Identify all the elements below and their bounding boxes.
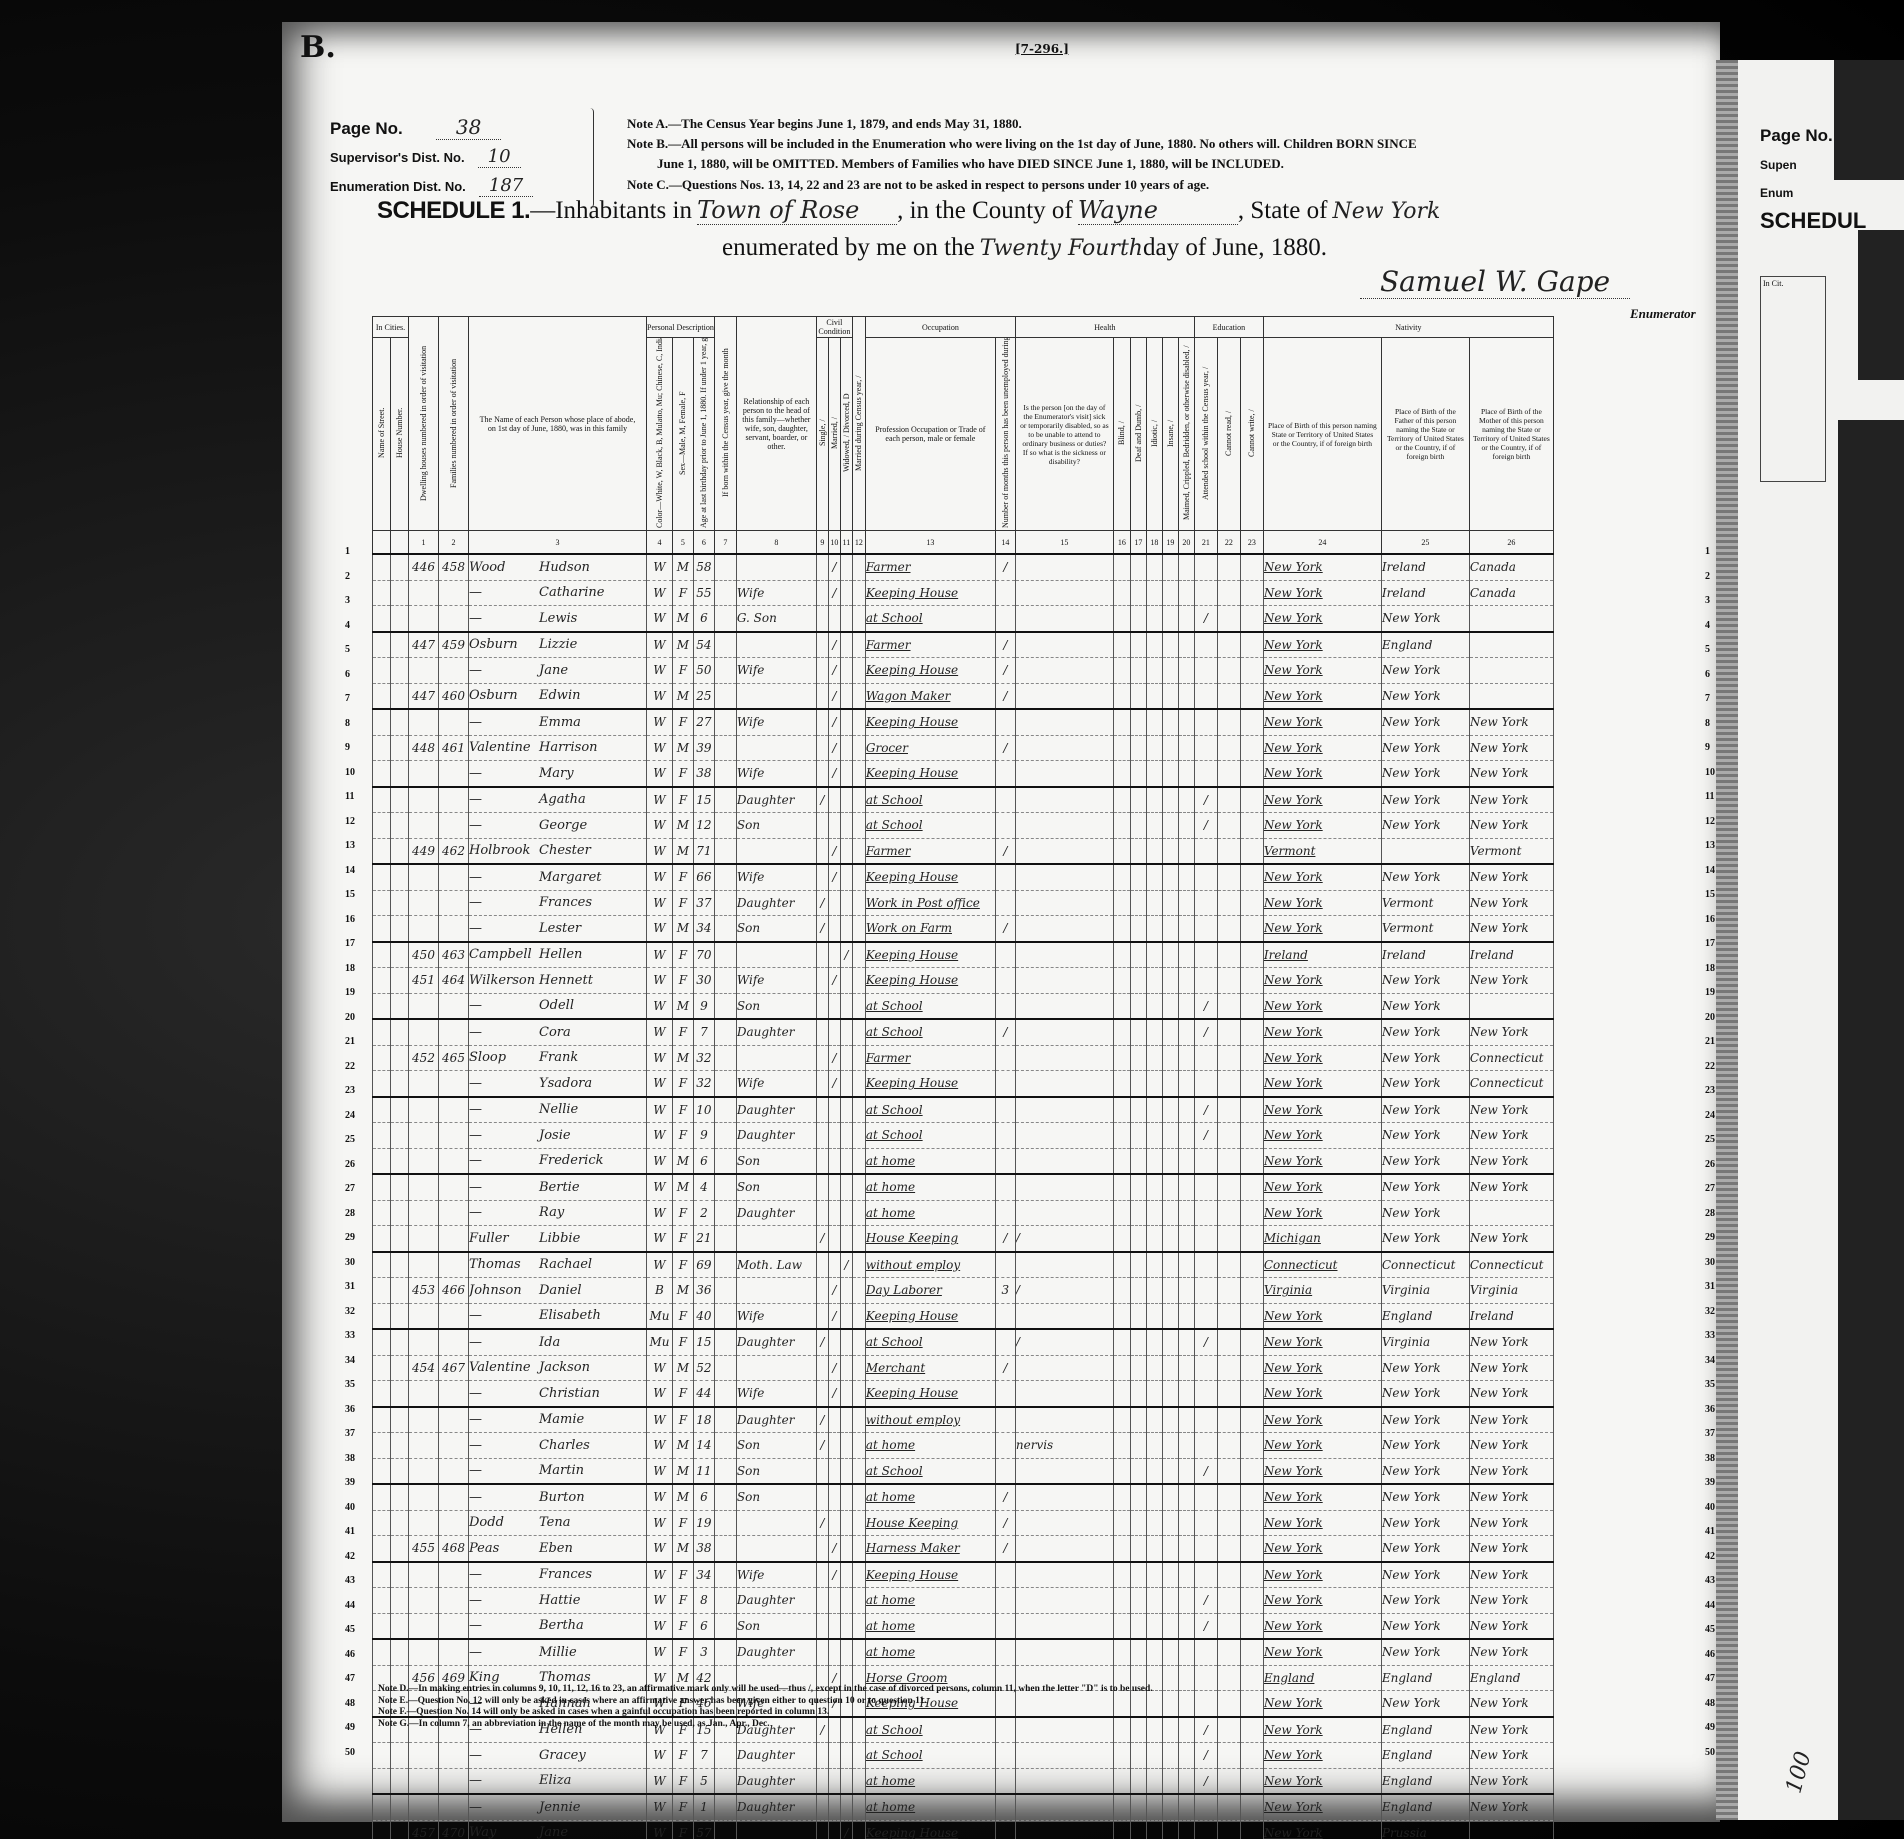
mother-birthplace-cell [1469,658,1553,684]
mother-birthplace-cell: New York [1469,1458,1553,1484]
months-unemployed-cell [995,1407,1015,1433]
person-name-cell: —Nellie [469,1097,647,1123]
mother-birthplace-cell [1469,1200,1553,1226]
months-unemployed-cell: / [995,1510,1015,1536]
months-unemployed-cell [995,709,1015,735]
blind-cell [1113,735,1130,761]
age-cell: 11 [693,1458,714,1484]
census-row: —BertieWM4Sonat homeNew YorkNew YorkNew … [373,1174,1554,1200]
street-cell [373,1743,391,1769]
cannot-write-cell [1240,1200,1263,1226]
dwelling-number-cell [409,1071,439,1097]
single-cell [816,1820,828,1839]
relationship-cell [736,838,816,864]
schedule-line: SCHEDULE 1.—Inhabitants in Town of Rose,… [377,196,1453,225]
dwelling-number-cell: 455 [409,1536,439,1562]
single-cell [816,658,828,684]
occupation-cell: Keeping House [865,942,995,968]
deaf-dumb-cell [1130,1562,1146,1588]
deaf-dumb-cell [1130,1433,1146,1459]
birth-month-cell [714,1097,736,1123]
deaf-dumb-cell [1130,1407,1146,1433]
deaf-dumb-cell [1130,916,1146,942]
age-cell: 6 [693,1613,714,1639]
father-birthplace-cell: New York [1381,1562,1469,1588]
blind-cell [1113,1123,1130,1149]
insane-cell [1162,813,1178,839]
occupation-cell: Work on Farm [865,916,995,942]
occupation-cell: at School [865,993,995,1019]
cannot-write-cell [1240,1484,1263,1510]
mother-birthplace-cell: New York [1469,1355,1553,1381]
disabled-cell [1178,761,1194,787]
relationship-cell: Son [736,813,816,839]
birth-month-cell [714,838,736,864]
cannot-write-cell [1240,709,1263,735]
dwelling-number-cell [409,1226,439,1252]
cannot-write-cell [1240,1717,1263,1743]
birthplace-cell: New York [1263,1536,1381,1562]
given-name: Rachael [539,1257,592,1272]
note-c: Note C.—Questions Nos. 13, 14, 22 and 23… [627,177,1209,193]
single-cell: / [816,1510,828,1536]
dwelling-number-cell: 448 [409,735,439,761]
attended-school-cell [1194,1045,1217,1071]
blind-cell [1113,993,1130,1019]
married-cell: / [828,554,840,580]
married-census-year-cell [852,554,865,580]
insane-cell [1162,1329,1178,1355]
insane-cell [1162,1226,1178,1252]
dwelling-number-cell [409,1794,439,1820]
sex-cell: F [672,1562,693,1588]
person-name-cell: —Odell [469,993,647,1019]
line-number: 48 [345,1698,355,1709]
person-name-cell: —Charles [469,1433,647,1459]
widowed-cell [840,1458,852,1484]
father-birthplace-cell: England [1381,1768,1469,1794]
father-birthplace-cell: New York [1381,1588,1469,1614]
occupation-cell: Keeping House [865,709,995,735]
married-cell [828,1484,840,1510]
disabled-cell [1178,1588,1194,1614]
surname: Campbell [469,947,539,962]
color-cell: W [647,1510,673,1536]
surname: Peas [469,1541,539,1556]
months-unemployed-cell: / [995,1484,1015,1510]
cannot-read-cell [1217,864,1240,890]
widowed-cell [840,993,852,1019]
family-number-cell: 458 [439,554,469,580]
line-number: 43 [345,1575,355,1586]
attended-school-cell: / [1194,1019,1217,1045]
occupation-cell: at School [865,1097,995,1123]
mother-birthplace-cell: Connecticut [1469,1045,1553,1071]
father-birthplace-cell: New York [1381,864,1469,890]
widowed-cell [840,1148,852,1174]
given-name: Eben [539,1541,573,1556]
married-census-year-cell [852,968,865,994]
disabled-cell [1178,1613,1194,1639]
family-number-cell [439,1510,469,1536]
section-letter: B. [300,30,336,65]
married-cell: / [828,683,840,709]
widowed-cell [840,968,852,994]
idiotic-cell [1146,787,1162,813]
color-cell: W [647,1613,673,1639]
married-census-year-cell [852,1433,865,1459]
age-cell: 66 [693,864,714,890]
sickness-cell [1015,864,1113,890]
census-row: 452465SloopFrankWM32/FarmerNew YorkNew Y… [373,1045,1554,1071]
census-row: —FrederickWM6Sonat homeNew YorkNew YorkN… [373,1148,1554,1174]
cannot-read-cell [1217,1071,1240,1097]
cannot-read-cell [1217,761,1240,787]
single-cell: / [816,787,828,813]
color-cell: W [647,1588,673,1614]
cannot-read-cell [1217,1691,1240,1717]
birth-month-cell [714,1639,736,1665]
disabled-cell [1178,1458,1194,1484]
cannot-read-cell [1217,1484,1240,1510]
single-cell [816,838,828,864]
birth-month-cell [714,554,736,580]
birth-month-cell [714,1562,736,1588]
sickness-cell [1015,1562,1113,1588]
birth-month-cell [714,968,736,994]
cannot-write-cell [1240,1148,1263,1174]
group-personal: Personal Description [647,317,715,338]
blind-cell [1113,1433,1130,1459]
married-census-year-cell [852,709,865,735]
relationship-cell [736,632,816,658]
disabled-cell [1178,1200,1194,1226]
color-cell: W [647,1820,673,1839]
given-name: Harrison [539,740,598,755]
group-education: Education [1194,317,1263,338]
census-row: 454467ValentineJacksonWM52/Merchant/New … [373,1355,1554,1381]
col-header-23: Cannot write, / [1247,338,1256,528]
sex-cell: M [672,1174,693,1200]
dwelling-number-cell [409,1484,439,1510]
dwelling-number-cell: 452 [409,1045,439,1071]
sex-cell: M [672,606,693,632]
surname: — [469,585,539,600]
age-cell: 50 [693,658,714,684]
sex-cell: M [672,1536,693,1562]
deaf-dumb-cell [1130,1174,1146,1200]
idiotic-cell [1146,580,1162,606]
mother-birthplace-cell [1469,606,1553,632]
months-unemployed-cell: / [995,1355,1015,1381]
person-name-cell: —Margaret [469,864,647,890]
disabled-cell [1178,942,1194,968]
line-number: 1 [1705,546,1710,557]
color-cell: W [647,1433,673,1459]
surname: — [469,1153,539,1168]
column-number: 4 [647,531,673,555]
relationship-cell: Daughter [736,890,816,916]
sex-cell: F [672,1381,693,1407]
line-number: 36 [1705,1404,1715,1415]
blind-cell [1113,1562,1130,1588]
months-unemployed-cell: / [995,632,1015,658]
sickness-cell [1015,1148,1113,1174]
months-unemployed-cell [995,1148,1015,1174]
line-number: 31 [1705,1281,1715,1292]
line-number: 34 [345,1355,355,1366]
widowed-cell [840,1045,852,1071]
sickness-cell [1015,632,1113,658]
street-cell [373,1794,391,1820]
street-cell [373,1510,391,1536]
deaf-dumb-cell [1130,1588,1146,1614]
disabled-cell [1178,1510,1194,1536]
family-number-cell [439,658,469,684]
mother-birthplace-cell: New York [1469,1226,1553,1252]
cannot-read-cell [1217,1407,1240,1433]
person-name-cell: —Lewis [469,606,647,632]
census-row: 450463CampbellHellenWF70/Keeping HouseIr… [373,942,1554,968]
married-cell: / [828,864,840,890]
surname: Fuller [469,1231,539,1246]
line-number: 6 [345,669,350,680]
line-number: 31 [345,1281,355,1292]
relationship-cell: Wife [736,709,816,735]
married-census-year-cell [852,813,865,839]
given-name: Catharine [539,585,604,600]
person-name-cell: —Burton [469,1484,647,1510]
cannot-write-cell [1240,1433,1263,1459]
single-cell [816,813,828,839]
age-cell: 6 [693,1484,714,1510]
married-census-year-cell [852,735,865,761]
sickness-cell [1015,1639,1113,1665]
line-number: 26 [345,1159,355,1170]
attended-school-cell [1194,1226,1217,1252]
age-cell: 5 [693,1768,714,1794]
relationship-cell: Daughter [736,1588,816,1614]
line-number: 13 [1705,840,1715,851]
single-cell: / [816,1226,828,1252]
months-unemployed-cell: 3 [995,1278,1015,1304]
line-number: 39 [1705,1477,1715,1488]
idiotic-cell [1146,735,1162,761]
married-cell [828,1407,840,1433]
line-number: 29 [345,1232,355,1243]
column-number-row: 1234567891011121314151617181920212223242… [373,531,1554,555]
widowed-cell [840,554,852,580]
father-birthplace-cell: Virginia [1381,1278,1469,1304]
census-row: —ChristianWF44Wife/Keeping HouseNew York… [373,1381,1554,1407]
father-birthplace-cell: New York [1381,1355,1469,1381]
note-e: Note E.—Question No. 12 will only be ask… [378,1696,1153,1708]
census-row: —OdellWM9Sonat School/New YorkNew York [373,993,1554,1019]
cannot-write-cell [1240,1226,1263,1252]
relationship-cell: Wife [736,761,816,787]
blind-cell [1113,1355,1130,1381]
surname: — [469,766,539,781]
widowed-cell [840,813,852,839]
given-name: Daniel [539,1283,582,1298]
sex-cell: M [672,632,693,658]
person-name-cell: HolbrookChester [469,838,647,864]
insane-cell [1162,1200,1178,1226]
cannot-read-cell [1217,890,1240,916]
insane-cell [1162,1536,1178,1562]
mother-birthplace-cell: New York [1469,890,1553,916]
cannot-read-cell [1217,1097,1240,1123]
place-value: Town of Rose [697,196,897,225]
column-number: 15 [1015,531,1113,555]
occupation-cell: Keeping House [865,580,995,606]
birth-month-cell [714,606,736,632]
married-cell [828,1123,840,1149]
given-name: Hudson [539,560,590,575]
disabled-cell [1178,1381,1194,1407]
disabled-cell [1178,1355,1194,1381]
house-number-cell [391,787,409,813]
birth-month-cell [714,761,736,787]
months-unemployed-cell [995,993,1015,1019]
line-number: 40 [345,1502,355,1513]
married-cell [828,1743,840,1769]
census-row: —ElisabethMuF40Wife/Keeping HouseNew Yor… [373,1303,1554,1329]
blind-cell [1113,787,1130,813]
single-cell [816,1562,828,1588]
insane-cell [1162,658,1178,684]
cannot-read-cell [1217,942,1240,968]
col-header-9: Single, / [818,338,827,528]
attended-school-cell [1194,890,1217,916]
single-cell [816,1200,828,1226]
cannot-write-cell [1240,1071,1263,1097]
birthplace-cell: New York [1263,787,1381,813]
insane-cell [1162,1484,1178,1510]
sickness-cell [1015,1252,1113,1278]
census-row: 446458WoodHudsonWM58/Farmer/New YorkIrel… [373,554,1554,580]
column-number: 7 [714,531,736,555]
single-cell [816,864,828,890]
house-number-cell [391,1097,409,1123]
given-name: Jennie [539,1800,581,1815]
birth-month-cell [714,658,736,684]
person-name-cell: FullerLibbie [469,1226,647,1252]
cannot-read-cell [1217,838,1240,864]
disabled-cell [1178,1071,1194,1097]
attended-school-cell [1194,864,1217,890]
census-row: 451464WilkersonHennettWF30Wife/Keeping H… [373,968,1554,994]
line-number: 42 [345,1551,355,1562]
birth-month-cell [714,1820,736,1839]
col-header-house: House Number. [395,338,404,528]
mother-birthplace-cell: New York [1469,1407,1553,1433]
insane-cell [1162,1407,1178,1433]
birthplace-cell: New York [1263,1200,1381,1226]
col-header-26: Place of Birth of the Mother of this per… [1469,338,1553,531]
months-unemployed-cell: / [995,735,1015,761]
surname: King [469,1670,539,1685]
given-name: Tena [539,1515,570,1530]
insane-cell [1162,1743,1178,1769]
person-name-cell: —Frances [469,1562,647,1588]
months-unemployed-cell [995,1200,1015,1226]
blind-cell [1113,1148,1130,1174]
dwelling-number-cell [409,580,439,606]
person-name-cell: —Ysadora [469,1071,647,1097]
attended-school-cell [1194,1794,1217,1820]
deaf-dumb-cell [1130,1329,1146,1355]
married-census-year-cell [852,1097,865,1123]
blind-cell [1113,838,1130,864]
birthplace-cell: New York [1263,1123,1381,1149]
birthplace-cell: New York [1263,1019,1381,1045]
dwelling-number-cell [409,1743,439,1769]
disabled-cell [1178,683,1194,709]
birth-month-cell [714,683,736,709]
disabled-cell [1178,709,1194,735]
birth-month-cell [714,1407,736,1433]
idiotic-cell [1146,916,1162,942]
line-number: 37 [1705,1428,1715,1439]
col-header-3: The Name of each Person whose place of a… [469,317,647,531]
cannot-read-cell [1217,1536,1240,1562]
cannot-read-cell [1217,606,1240,632]
line-number: 9 [345,742,350,753]
census-row: 447460OsburnEdwinWM25/Wagon Maker/New Yo… [373,683,1554,709]
street-cell [373,942,391,968]
relationship-cell [736,1278,816,1304]
surname: Way [469,1825,539,1839]
age-cell: 30 [693,968,714,994]
sex-cell: F [672,1820,693,1839]
family-number-cell [439,1071,469,1097]
sickness-cell [1015,1613,1113,1639]
house-number-cell [391,942,409,968]
months-unemployed-cell: / [995,1019,1015,1045]
married-cell [828,606,840,632]
street-cell [373,1639,391,1665]
birthplace-cell: New York [1263,1743,1381,1769]
insane-cell [1162,1562,1178,1588]
street-cell [373,864,391,890]
cannot-read-cell [1217,580,1240,606]
color-cell: W [647,1794,673,1820]
column-number: 26 [1469,531,1553,555]
single-cell [816,1613,828,1639]
idiotic-cell [1146,658,1162,684]
age-cell: 6 [693,1148,714,1174]
given-name: Lester [539,921,581,936]
age-cell: 9 [693,993,714,1019]
relationship-cell: Daughter [736,1019,816,1045]
idiotic-cell [1146,1510,1162,1536]
father-birthplace-cell: Ireland [1381,580,1469,606]
line-number: 19 [345,987,355,998]
surname: — [469,1205,539,1220]
cannot-write-cell [1240,1510,1263,1536]
blind-cell [1113,1381,1130,1407]
occupation-cell: at School [865,1743,995,1769]
insane-cell [1162,890,1178,916]
column-number [373,531,391,555]
father-birthplace-cell: New York [1381,1639,1469,1665]
torn-edge [1834,60,1904,180]
color-cell: W [647,1226,673,1252]
line-number: 37 [345,1428,355,1439]
mother-birthplace-cell: New York [1469,1381,1553,1407]
cannot-read-cell [1217,632,1240,658]
